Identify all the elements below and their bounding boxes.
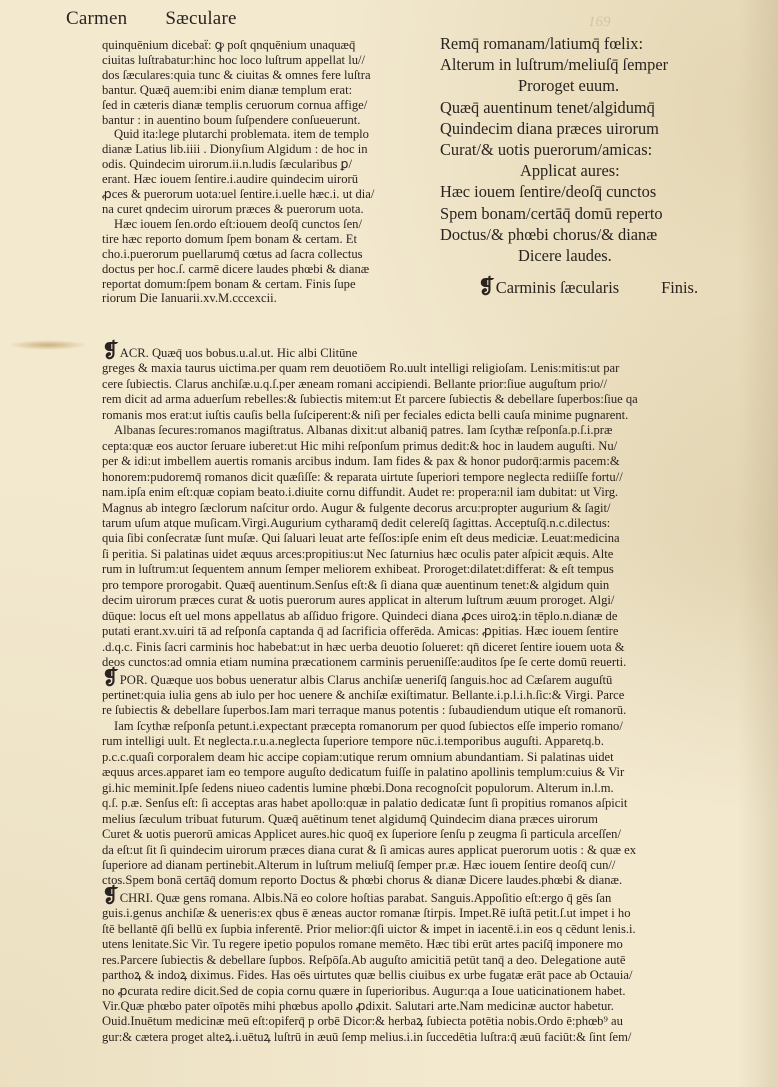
- commentary-line: parthoꝝ & indoꝝ diximus. Fides. Has oēs …: [102, 968, 742, 983]
- paragraph-mark-icon: ❡: [102, 885, 119, 907]
- commentary-text: dūque: locus eſt uel mons appellatus ab …: [102, 609, 617, 623]
- text-line: tire hæc reporto domum ſpem bonam & cert…: [102, 232, 432, 247]
- commentary-text: p.c.c.quaſi corporalem deam hic accipe c…: [102, 750, 614, 764]
- commentary-line: Iam ſcythæ reſponſa petunt.i.expectant p…: [102, 719, 742, 734]
- commentary-line: nam.ipſa enim eſt:quæ copiam beato.i.diu…: [102, 485, 742, 500]
- commentary-line: ❡POR. Quæque uos bobus ueneratur albis C…: [102, 671, 742, 688]
- commentary-line: ſi peritia. Si palatinas uidet æquus arc…: [102, 547, 742, 562]
- colophon-finis: Finis.: [661, 278, 698, 297]
- commentary-text: ſi peritia. Si palatinas uidet æquus arc…: [102, 547, 613, 561]
- running-head-left: Carmen: [66, 8, 127, 29]
- verse-line: Applicat aures:: [440, 160, 740, 181]
- commentary-text: nam.ipſa enim eſt:quæ copiam beato.i.diu…: [102, 485, 618, 499]
- commentary-line: ctos.Spem bonā certāq̄ domum reporto Doc…: [102, 873, 742, 888]
- commentary-line: ſuperiore ad dianam pertinebit.Alterum i…: [102, 858, 742, 873]
- commentary-line: res.Parcere ſubiectis & debellare ſupbos…: [102, 953, 742, 968]
- commentary-line: per & idi:ut imbellem auertis romanis ar…: [102, 454, 742, 469]
- commentary-line: romanis mos erat:ut iuſtis cauſis bella …: [102, 408, 742, 423]
- commentary-line: rum in luſtrum:ut ſequentem annum ſemper…: [102, 562, 742, 577]
- commentary-text: per & idi:ut imbellem auertis romanis ar…: [102, 454, 620, 468]
- verse-line: Quindecim diana præces uirorum: [440, 118, 740, 139]
- page-edge-shadow: [738, 0, 778, 1087]
- text-line: erant. Hæc iouem ſentire.i.audire quinde…: [102, 172, 432, 187]
- commentary-text: decim uirorum præces curat & uotis puero…: [102, 593, 614, 607]
- commentary-text: rum intelligi uult. Et neglecta.r.u.a.ne…: [102, 734, 604, 748]
- commentary-line: rem dicit ad arma aduerſum rebelles:& ſu…: [102, 392, 742, 407]
- commentary-text: Curet & uotis puerorū amicas Applicet au…: [102, 827, 621, 841]
- commentary-line: putati erant.xv.uiri tā ad reſponſa capt…: [102, 624, 742, 639]
- commentary-line: dūque: locus eſt uel mons appellatus ab …: [102, 609, 742, 624]
- commentary-text: q.ſ. p.æ. Senſus eſt: ſi acceptas aras h…: [102, 796, 627, 810]
- commentary-text: honorem:pudoremq̄ romanos dicit quæſiſſe…: [102, 470, 623, 484]
- commentary-line: æquus arces.apparet iam eo tempore auguſ…: [102, 765, 742, 780]
- running-head-right: Sæculare: [165, 8, 236, 29]
- commentary-text: parthoꝝ & indoꝝ diximus. Fides. Has oēs …: [102, 968, 632, 982]
- commentary-text: cepta:quæ eos auctor ſeruare iuberet:ut …: [102, 439, 617, 453]
- commentary-text: re ſubiectis & debellare ſuperbos.Iam ma…: [102, 703, 626, 717]
- commentary-text: utens lenitate.Sic Vir. Tu regere ipetio…: [102, 937, 623, 951]
- commentary-text: gur:& cætera proget alteꝝ.i.uētuꝝ luſtrū…: [102, 1030, 631, 1044]
- text-line: reportat domum:ſpem bonam & certam. Fini…: [102, 277, 432, 292]
- commentary-text: Magnus ab integro ſæclorum naſcitur ordo…: [102, 501, 611, 515]
- commentary-line: honorem:pudoremq̄ romanos dicit quæſiſſe…: [102, 470, 742, 485]
- verse-line: Spem bonam/certāq̄ domū reperto: [440, 203, 740, 224]
- commentary-line: no ꝓcurata redire dicit.Sed de copia cor…: [102, 984, 742, 999]
- commentary-text: pertinet:quia iulia gens ab iulo per hoc…: [102, 688, 624, 702]
- commentary-text: POR. Quæque uos bobus ueneratur albis Cl…: [120, 673, 612, 687]
- commentary-text: pro tempore prorogabit. Quæq̄ auentinum.…: [102, 578, 609, 592]
- commentary-line: decim uirorum præces curat & uotis puero…: [102, 593, 742, 608]
- commentary-text: res.Parcere ſubiectis & debellare ſupbos…: [102, 953, 626, 967]
- paragraph-mark-icon: ❡: [478, 276, 495, 298]
- commentary-line: melius ſæculum tribuat futurum. Quæq̄ au…: [102, 812, 742, 827]
- commentary-line: Ouid.Inuētum medicinæ meū eſt:opiferq̄ p…: [102, 1014, 742, 1029]
- commentary-text: ſtē bellantē q̄ſi bellū ex ſupbia infere…: [102, 922, 636, 936]
- commentary-line: utens lenitate.Sic Vir. Tu regere ipetio…: [102, 937, 742, 952]
- commentary-line: re ſubiectis & debellare ſuperbos.Iam ma…: [102, 703, 742, 718]
- commentary-text: quia ſibi conſecratæ ſunt muſæ. Qui ſalu…: [102, 531, 620, 545]
- commentary-line: cepta:quæ eos auctor ſeruare iuberet:ut …: [102, 439, 742, 454]
- commentary-line: ſtē bellantē q̄ſi bellū ex ſupbia infere…: [102, 922, 742, 937]
- commentary-text: Albanas ſecures:romanos magiſtratus. Alb…: [114, 423, 612, 437]
- commentary-text: gi.hic meminit.Ipſe ſedens niueo cadenti…: [102, 781, 614, 795]
- commentary-line: tarum uſum atque muſicam.Virgi.Augurium …: [102, 516, 742, 531]
- text-line: Quid ita:lege plutarchi problemata. item…: [102, 127, 432, 142]
- text-line: riorum Die Ianuarii.xv.M.cccexcii.: [102, 291, 432, 306]
- commentary-text: rum in luſtrum:ut ſequentem annum ſemper…: [102, 562, 614, 576]
- ink-smudge: [8, 340, 88, 350]
- commentary-text: da eſt:ut ſit ſi quindecim uirorum præce…: [102, 843, 636, 857]
- folio-number: 169: [588, 14, 611, 31]
- commentary-line: p.c.c.quaſi corporalem deam hic accipe c…: [102, 750, 742, 765]
- commentary-text: CHRI. Quæ gens romana. Albis.Nā eo color…: [120, 891, 612, 905]
- commentary-line: greges & maxia taurus uictima.per quam r…: [102, 361, 742, 376]
- commentary-text: Iam ſcythæ reſponſa petunt.i.expectant p…: [114, 719, 623, 733]
- commentary-text: putati erant.xv.uiri tā ad reſponſa capt…: [102, 624, 618, 638]
- commentary-text: no ꝓcurata redire dicit.Sed de copia cor…: [102, 984, 625, 998]
- commentary-line: ❡CHRI. Quæ gens romana. Albis.Nā eo colo…: [102, 889, 742, 906]
- commentary-line: Curet & uotis puerorū amicas Applicet au…: [102, 827, 742, 842]
- text-line: cho.i.puerorum puellarumq̄ cœtus ad ſacr…: [102, 247, 432, 262]
- commentary-line: Albanas ſecures:romanos magiſtratus. Alb…: [102, 423, 742, 438]
- commentary-line: rum intelligi uult. Et neglecta.r.u.a.ne…: [102, 734, 742, 749]
- commentary-block: ❡ACR. Quæq̄ uos bobus.u.al.ut. Hic albi …: [102, 344, 742, 1045]
- book-page: CarmenSæculare 169 quinquēnium dicebaẗ: …: [0, 0, 778, 1087]
- commentary-line: guis.i.genus anchiſæ & ueneris:ex qbus ē…: [102, 906, 742, 921]
- text-line: odis. Quindecim uirorum.ii.n.ludis ſæcul…: [102, 157, 432, 172]
- text-line: doctus per hoc.ſ. carmē dicere laudes ph…: [102, 262, 432, 277]
- text-line: na curet qndecim uirorum præces & pueror…: [102, 202, 432, 217]
- commentary-line: da eſt:ut ſit ſi quindecim uirorum præce…: [102, 843, 742, 858]
- commentary-text: greges & maxia taurus uictima.per quam r…: [102, 361, 619, 375]
- commentary-line: Vir.Quæ phœbo pater oīpotēs mihi phœbus …: [102, 999, 742, 1014]
- commentary-line: cere ſubiectis. Clarus anchiſæ.u.q.ſ.per…: [102, 377, 742, 392]
- running-head: CarmenSæculare: [66, 8, 275, 30]
- paragraph-mark-icon: ❡: [102, 667, 119, 689]
- commentary-line: pro tempore prorogabit. Quæq̄ auentinum.…: [102, 578, 742, 593]
- verse-line: Dicere laudes.: [440, 245, 740, 266]
- commentary-text: .d.q.c. Finis ſacri carminis hoc habebat…: [102, 640, 625, 654]
- text-line: dos ſæculares:quia tunc & ciuitas & omne…: [102, 68, 432, 83]
- commentary-line: q.ſ. p.æ. Senſus eſt: ſi acceptas aras h…: [102, 796, 742, 811]
- commentary-text: Ouid.Inuētum medicinæ meū eſt:opiferq̄ p…: [102, 1014, 623, 1028]
- verse-right-column: Remq̄ romanam/latiumq̄ fœlix:Alterum in …: [440, 33, 740, 266]
- text-line: dianæ Latius lib.iiii . Dionyſium Algidu…: [102, 142, 432, 157]
- verse-line: Remq̄ romanam/latiumq̄ fœlix:: [440, 33, 740, 54]
- commentary-text: melius ſæculum tribuat futurum. Quæq̄ au…: [102, 812, 598, 826]
- commentary-line: deos cunctos:ad omnia etiam numina præca…: [102, 655, 742, 670]
- commentary-text: ACR. Quæq̄ uos bobus.u.al.ut. Hic albi C…: [120, 346, 358, 360]
- verse-line: Hæc iouem ſentire/deoſq̄ cunctos: [440, 181, 740, 202]
- commentary-text: romanis mos erat:ut iuſtis cauſis bella …: [102, 408, 628, 422]
- commentary-line: Magnus ab integro ſæclorum naſcitur ordo…: [102, 501, 742, 516]
- text-line: ſed in cæteris dianæ templis ceruorum co…: [102, 98, 432, 113]
- commentary-text: ſuperiore ad dianam pertinebit.Alterum i…: [102, 858, 615, 872]
- paragraph-mark-icon: ❡: [102, 340, 119, 362]
- commentary-text: tarum uſum atque muſicam.Virgi.Augurium …: [102, 516, 610, 530]
- verse-line: Quæq̄ auentinum tenet/algidumq̄: [440, 97, 740, 118]
- colophon-title: Carminis ſæcularis: [496, 278, 619, 297]
- commentary-text: æquus arces.apparet iam eo tempore auguſ…: [102, 765, 624, 779]
- text-line: Hæc iouem ſen.ordo eſt:iouem deoſq̄ cunc…: [102, 217, 432, 232]
- commentary-left-column: quinquēnium dicebaẗ: ꝙ poſt qnquēnium un…: [102, 38, 432, 306]
- text-line: bantur : in auentino boum ſuſpendere con…: [102, 113, 432, 128]
- commentary-line: quia ſibi conſecratæ ſunt muſæ. Qui ſalu…: [102, 531, 742, 546]
- text-line: bantur. Quæq̄ auem:ibi enim dianæ templu…: [102, 83, 432, 98]
- text-line: ꝓces & puerorum uota:uel ſentire.i.uelle…: [102, 187, 432, 202]
- commentary-text: guis.i.genus anchiſæ & ueneris:ex qbus ē…: [102, 906, 631, 920]
- commentary-text: cere ſubiectis. Clarus anchiſæ.u.q.ſ.per…: [102, 377, 607, 391]
- commentary-line: ❡ACR. Quæq̄ uos bobus.u.al.ut. Hic albi …: [102, 344, 742, 361]
- verse-line: Proroget euum.: [440, 75, 740, 96]
- commentary-line: pertinet:quia iulia gens ab iulo per hoc…: [102, 688, 742, 703]
- colophon: ❡Carminis ſæcularisFinis.: [478, 274, 698, 299]
- commentary-line: gi.hic meminit.Ipſe ſedens niueo cadenti…: [102, 781, 742, 796]
- commentary-text: ctos.Spem bonā certāq̄ domum reporto Doc…: [102, 873, 622, 887]
- commentary-text: deos cunctos:ad omnia etiam numina præca…: [102, 655, 626, 669]
- commentary-text: rem dicit ad arma aduerſum rebelles:& ſu…: [102, 392, 638, 406]
- text-line: quinquēnium dicebaẗ: ꝙ poſt qnquēnium un…: [102, 38, 432, 53]
- verse-line: Curat/& uotis puerorum/amicas:: [440, 139, 740, 160]
- commentary-text: Vir.Quæ phœbo pater oīpotēs mihi phœbus …: [102, 999, 614, 1013]
- verse-line: Alterum in luſtrum/meliuſq̄ ſemper: [440, 54, 740, 75]
- text-line: ciuitas luſtrabatur:hinc hoc loco luſtru…: [102, 53, 432, 68]
- commentary-line: gur:& cætera proget alteꝝ.i.uētuꝝ luſtrū…: [102, 1030, 742, 1045]
- commentary-line: .d.q.c. Finis ſacri carminis hoc habebat…: [102, 640, 742, 655]
- verse-line: Doctus/& phœbi chorus/& dianæ: [440, 224, 740, 245]
